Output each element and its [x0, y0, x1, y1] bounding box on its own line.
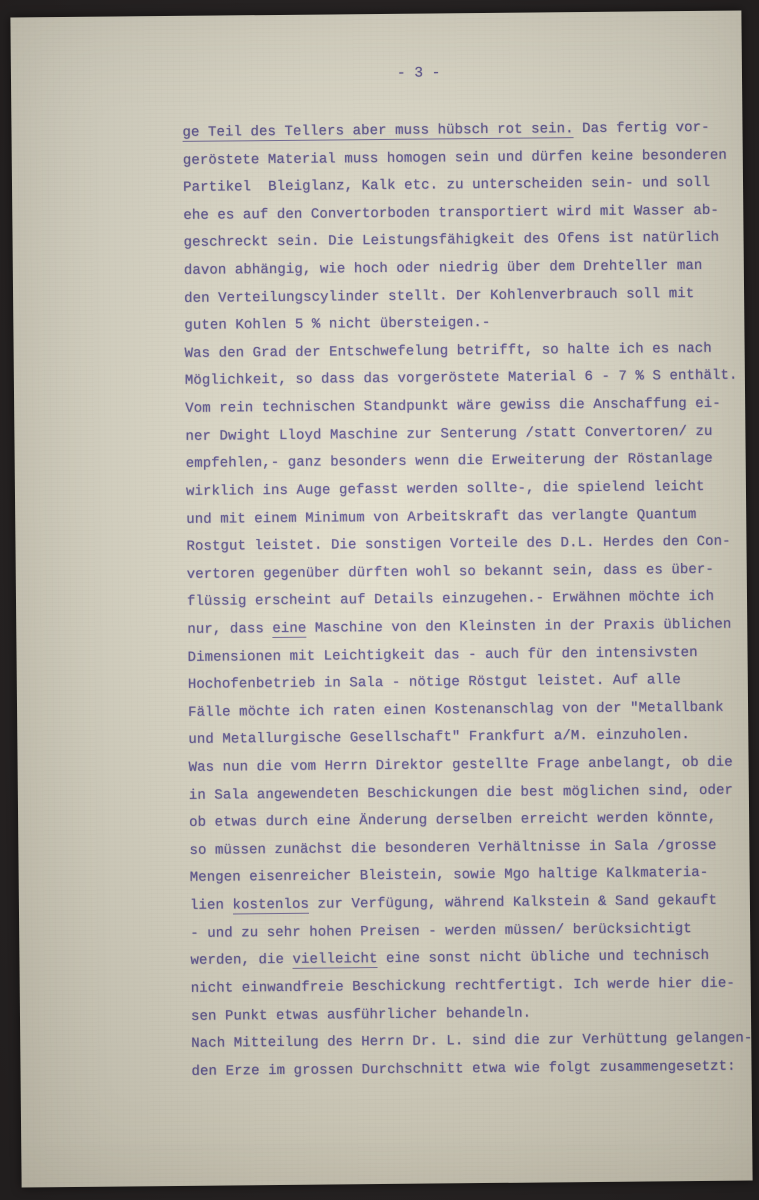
underlined-text: kostenlos	[232, 897, 309, 915]
underlined-text: eine	[272, 621, 306, 638]
document-page: - 3 - ge Teil des Tellers aber muss hübs…	[10, 11, 752, 1188]
text-segment: ner Dwight Lloyd Maschine zur Senterung …	[185, 424, 712, 445]
text-segment: - und zu sehr hohen Preisen - werden müs…	[190, 921, 692, 942]
text-segment: werden, die	[190, 952, 292, 969]
text-segment: eine sonst nicht übliche und technisch	[377, 948, 709, 967]
underlined-text: ge Teil des Tellers aber muss hübsch rot…	[182, 121, 573, 142]
text-line: nicht einwandfreie Beschickung rechtfert…	[191, 970, 743, 1003]
text-segment: nur, dass	[187, 621, 272, 638]
text-segment: und mit einem Minimum von Arbeitskraft d…	[186, 507, 696, 528]
underlined-text: vielleicht	[292, 951, 377, 969]
text-segment: Partikel Bleiglanz, Kalk etc. zu untersc…	[183, 175, 710, 196]
text-line: den Verteilungscylinder stellt. Der Kohl…	[184, 280, 736, 313]
text-segment: Dimensionen mit Leichtigkeit das - auch …	[187, 645, 697, 666]
text-segment: Hochofenbetrieb in Sala - nötige Röstgut…	[188, 672, 681, 693]
text-segment: ob etwas durch eine Änderung derselben e…	[189, 810, 716, 831]
text-segment: den Verteilungscylinder stellt. Der Kohl…	[184, 286, 694, 307]
text-segment: Das fertig vor-	[573, 120, 709, 137]
text-segment: vertoren gegenüber dürften wohl so bekan…	[187, 562, 714, 583]
text-segment: empfehlen,- ganz besonders wenn die Erwe…	[186, 451, 713, 472]
text-segment: so müssen zunächst die besonderen Verhäl…	[189, 838, 716, 859]
text-segment: nicht einwandfreie Beschickung rechtfert…	[191, 976, 735, 997]
text-segment: lien	[190, 898, 233, 914]
text-segment: den Erze im grossen Durchschnitt etwa wi…	[191, 1058, 735, 1079]
text-segment: Was nun die vom Herrn Direktor gestellte…	[189, 755, 733, 776]
text-segment: Rostgut leistet. Die sonstigen Vorteile …	[186, 534, 730, 555]
page-number: - 3 -	[397, 63, 441, 83]
text-segment: Maschine von den Kleinsten in der Praxis…	[306, 617, 731, 637]
scan-background: - 3 - ge Teil des Tellers aber muss hübs…	[0, 0, 759, 1200]
text-segment: geröstete Material muss homogen sein und…	[183, 147, 727, 168]
text-segment: und Metallurgische Gesellschaft" Frankfu…	[188, 727, 690, 748]
text-segment: Möglichkeit, so dass das vorgeröstete Ma…	[185, 368, 738, 389]
document-body: ge Teil des Tellers aber muss hübsch rot…	[182, 115, 743, 1087]
text-segment: Mengen eisenreicher Bleistein, sowie Mgo…	[190, 865, 709, 886]
text-segment: Vom rein technischen Standpunkt wäre gew…	[185, 396, 721, 417]
text-segment: ehe es auf den Convertorboden transporti…	[183, 203, 719, 224]
text-segment: guten Kohlen 5 % nicht übersteigen.-	[184, 315, 490, 334]
text-segment: geschreckt sein. Die Leistungsfähigkeit …	[183, 230, 719, 251]
text-segment: Nach Mitteilung des Herrn Dr. L. sind di…	[191, 1031, 752, 1052]
text-segment: davon abhängig, wie hoch oder niedrig üb…	[184, 258, 703, 279]
text-segment: Was den Grad der Entschwefelung betrifft…	[185, 341, 712, 362]
text-segment: zur Verfügung, während Kalkstein & Sand …	[309, 893, 717, 913]
text-segment: wirklich ins Auge gefasst werden sollte-…	[186, 479, 705, 500]
text-segment: flüssig erscheint auf Details einzugehen…	[187, 589, 714, 610]
text-segment: Fälle möchte ich raten einen Kostenansch…	[188, 700, 724, 721]
text-segment: in Sala angewendeten Beschickungen die b…	[189, 782, 733, 803]
text-segment: sen Punkt etwas ausführlicher behandeln.	[191, 1005, 531, 1024]
text-line: den Erze im grossen Durchschnitt etwa wi…	[191, 1053, 743, 1086]
